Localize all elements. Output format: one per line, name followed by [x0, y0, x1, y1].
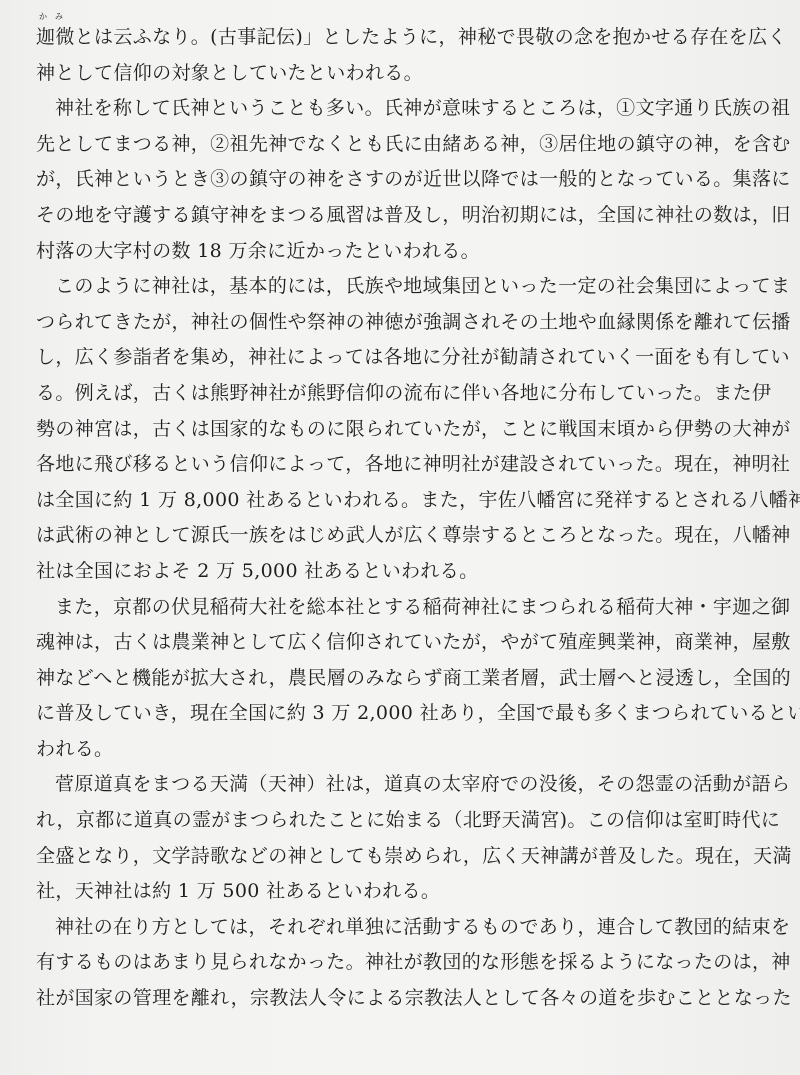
text-line-19: 神などへと機能が拡大され，農民層のみならず商工業者層，武士層へと浸透し，全国的 — [36, 661, 752, 697]
text-line-14: は全国に約 1 万 8,000 社あるといわれる。また，宇佐八幡宮に発祥するとさ… — [36, 483, 752, 519]
paragraph-start-organization: 神社の在り方としては，それぞれ単独に活動するものであり，連合して教団的結束を — [36, 910, 752, 946]
text-line-25: 社，天神社は約 1 万 500 社あるといわれる。 — [36, 874, 752, 910]
text-line-18: 魂神は，古くは農業神として広く信仰されていたが，やがて殖産興業神，商業神，屋敷 — [36, 625, 752, 661]
scanned-page: かみ迦微とは云ふなり。(古事記伝)」としたように，神秘で畏敬の念を抱かせる存在を… — [0, 0, 800, 1075]
body-text: かみ迦微とは云ふなり。(古事記伝)」としたように，神秘で畏敬の念を抱かせる存在を… — [36, 20, 752, 1017]
ruby-base: 迦微 — [36, 26, 75, 48]
text-line-1: かみ迦微とは云ふなり。(古事記伝)」としたように，神秘で畏敬の念を抱かせる存在を… — [36, 20, 752, 56]
paragraph-start-inari: また，京都の伏見稲荷大社を総本社とする稲荷神社にまつられる稲荷大神・宇迦之御 — [36, 590, 752, 626]
text-line-11: る。例えば，古くは熊野神社が熊野信仰の流布に伴い各地に分布していった。また伊 — [36, 376, 752, 412]
line-text: とは云ふなり。(古事記伝)」としたように，神秘で畏敬の念を抱かせる存在を広く — [75, 26, 787, 48]
text-line-7: 村落の大字村の数 18 万余に近かったといわれる。 — [36, 234, 752, 270]
text-line-9: つられてきたが，神社の個性や祭神の神徳が強調されその土地や血縁関係を離れて伝播 — [36, 305, 752, 341]
paragraph-start-tenman: 菅原道真をまつる天満（天神）社は，道真の太宰府での没後，その怨霊の活動が語ら — [36, 767, 752, 803]
furigana: かみ — [36, 12, 79, 22]
text-line-6: その地を守護する鎮守神をまつる風習は普及し，明治初期には，全国に神社の数は，旧 — [36, 198, 752, 234]
text-line-24: 全盛となり，文学詩歌などの神としても崇められ，広く天神講が普及した。現在，天満 — [36, 839, 752, 875]
text-line-28: 社が国家の管理を離れ，宗教法人令による宗教法人として各々の道を歩むこととなった — [36, 981, 752, 1017]
text-line-16: 社は全国におよそ 2 万 5,000 社あるといわれる。 — [36, 554, 752, 590]
text-line-20: に普及していき，現在全国に約 3 万 2,000 社あり，全国で最も多くまつられ… — [36, 696, 752, 732]
text-line-4: 先としてまつる神，②祖先神でなくとも氏に由緒ある神，③居住地の鎮守の神，を含む — [36, 127, 752, 163]
text-line-12: 勢の神宮は，古くは国家的なものに限られていたが，ことに戦国末頃から伊勢の大神が — [36, 412, 752, 448]
text-line-5: が，氏神というとき③の鎮守の神をさすのが近世以降では一般的となっている。集落に — [36, 162, 752, 198]
text-line-21: われる。 — [36, 732, 752, 768]
text-line-27: 有するものはあまり見られなかった。神社が教団的な形態を採るようになったのは，神 — [36, 945, 752, 981]
paragraph-start-ujigami: 神社を称して氏神ということも多い。氏神が意味するところは，①文字通り氏族の祖 — [36, 91, 752, 127]
paragraph-start-jinja-spread: このように神社は，基本的には，氏族や地域集団といった一定の社会集団によってま — [36, 269, 752, 305]
text-line-10: し，広く参詣者を集め，神社によっては各地に分社が勧請されていく一面をも有してい — [36, 340, 752, 376]
ruby-term: かみ迦微 — [36, 20, 75, 56]
text-line-15: は武術の神として源氏一族をはじめ武人が広く尊崇するところとなった。現在，八幡神 — [36, 518, 752, 554]
text-line-13: 各地に飛び移るという信仰によって，各地に神明社が建設されていった。現在，神明社 — [36, 447, 752, 483]
text-line-23: れ，京都に道真の霊がまつられたことに始まる（北野天満宮)。この信仰は室町時代に — [36, 803, 752, 839]
text-line-2: 神として信仰の対象としていたといわれる。 — [36, 56, 752, 92]
